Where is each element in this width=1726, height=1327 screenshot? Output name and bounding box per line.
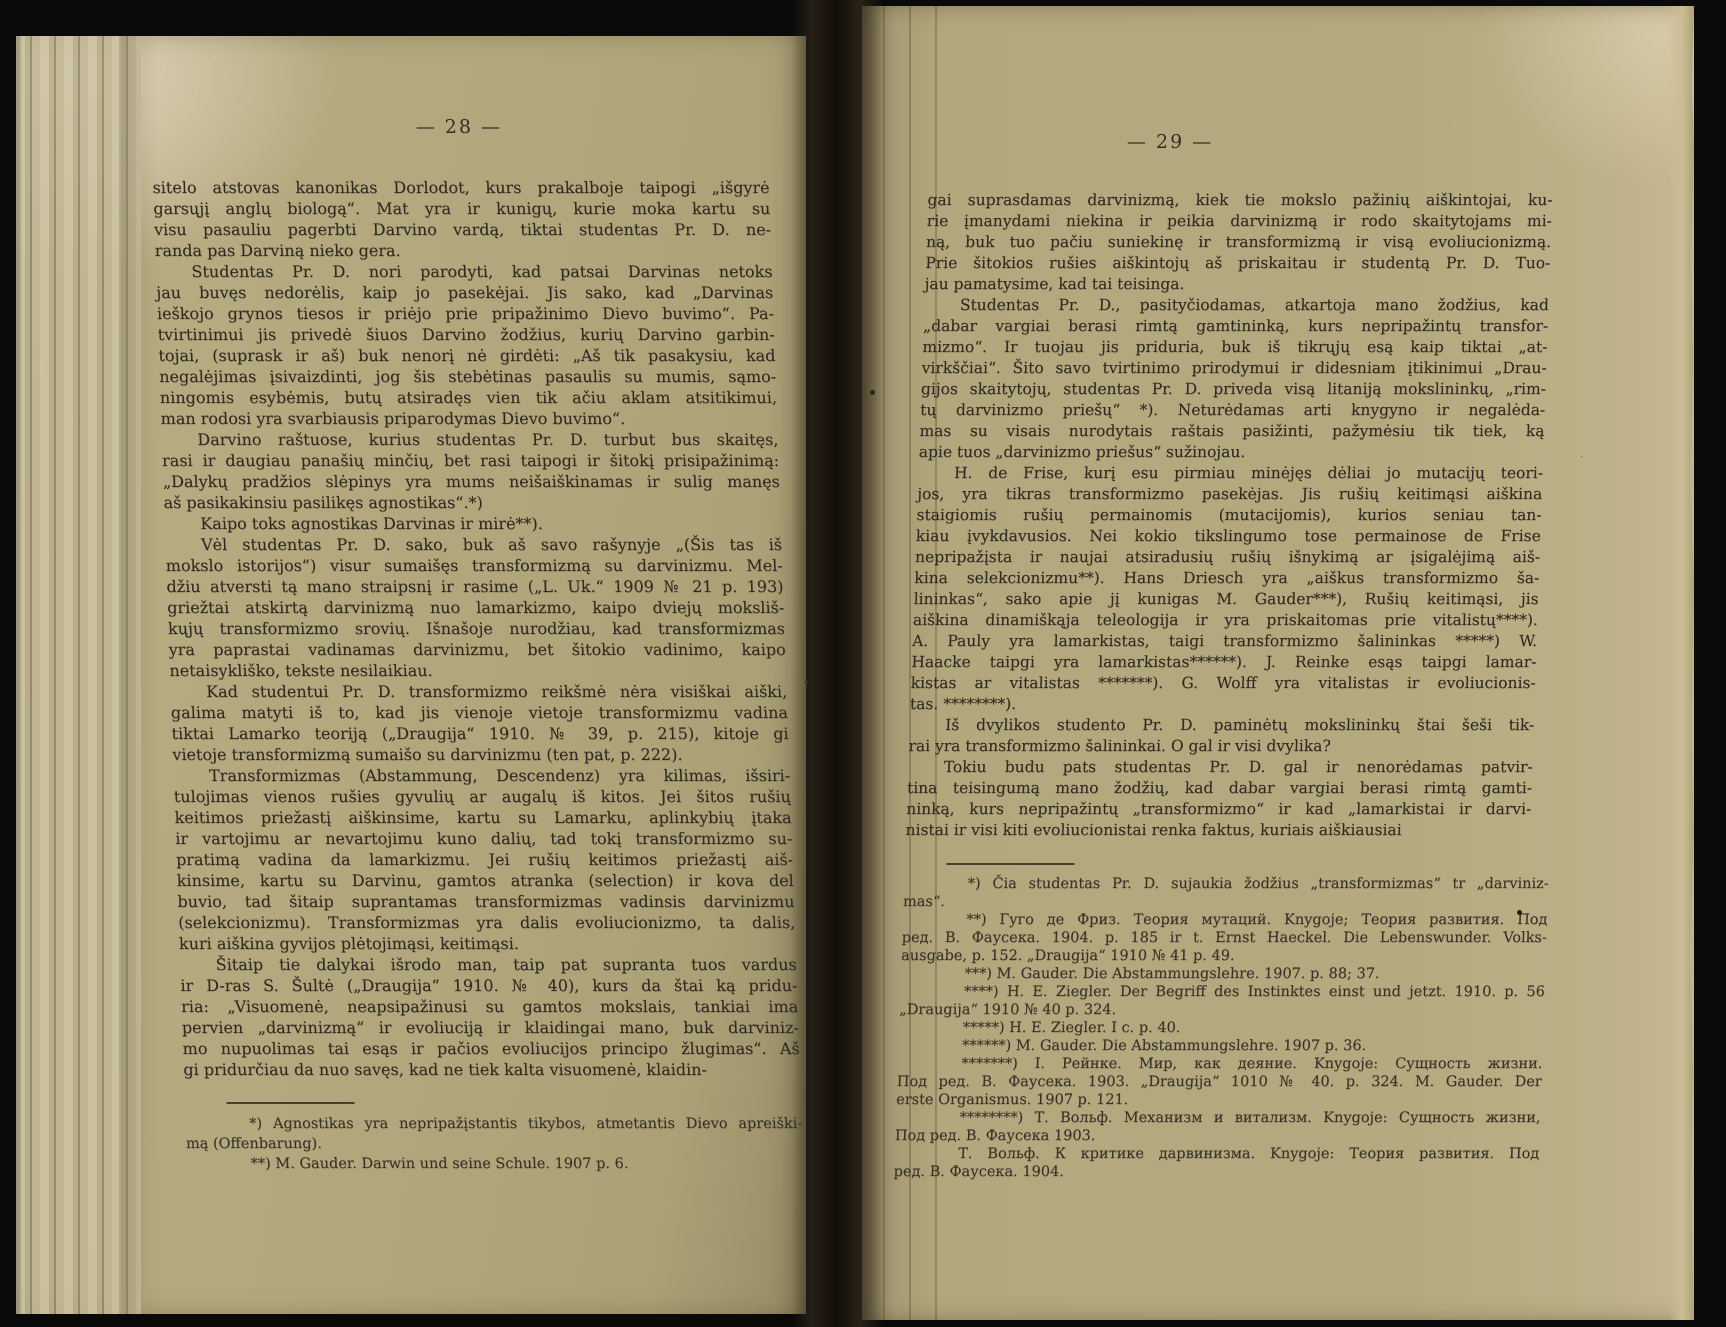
text-line: Studentas Pr. D. nori parodyti, kad pats… <box>155 261 773 282</box>
text-line: *****) H. E. Ziegler. I c. p. 40. <box>898 1019 1544 1037</box>
text-line: ред. В. Фаусека. 1904. p. 185 ir t. Erns… <box>901 929 1547 947</box>
paragraph: ********) Т. Вольф. Механизм и витализм.… <box>895 1109 1541 1145</box>
text-line: A. Pauly yra lamarkistas, taigi transfor… <box>912 631 1538 652</box>
text-line: netaisykliško, tekste nesilaikiau. <box>169 660 787 681</box>
text-line: ********) Т. Вольф. Механизм и витализм.… <box>895 1109 1541 1127</box>
paragraph: *******) I. Рейнке. Мир, как деяние. Kny… <box>896 1055 1543 1109</box>
text-line: Т. Вольф. К критике дарвинизма. Knygoje:… <box>894 1145 1540 1163</box>
text-line: ******) M. Gauder. Die Abstammungslehre.… <box>898 1037 1544 1055</box>
text-line: buvio, tad šitaip suprantamas transformi… <box>177 891 795 912</box>
text-line: *) Agnostikas yra nepripažįstantis tikyb… <box>185 1114 803 1134</box>
page-number-left: — 28 — <box>150 115 768 139</box>
text-line: staigiomis rušių permainomis (mutacijomi… <box>916 505 1542 526</box>
paragraph: H. de Frise, kurį esu pirmiau minėjęs dė… <box>910 463 1544 715</box>
text-line: mo nupuolimas tai esąs ir pačios evoliuc… <box>182 1038 800 1059</box>
text-line: Haacke taipgi yra lamarkistas******). J.… <box>911 652 1537 673</box>
paragraph: Studentas Pr. D., pasityčiodamas, atkart… <box>918 295 1549 463</box>
text-line: H. de Frise, kurį esu pirmiau minėjęs dė… <box>918 463 1544 484</box>
text-line: Vėl studentas Pr. D. sako, buk aš savo r… <box>165 534 783 555</box>
text-line: galima matyti iš to, kad jis vienoje vie… <box>170 702 788 723</box>
text-line: Tokiu budu pats studentas Pr. D. gal ir … <box>907 757 1533 778</box>
footnote-rule-left <box>226 1102 354 1104</box>
page-edge-stack <box>16 36 141 1314</box>
text-line: ieškojo grynos tiesos ir priėjo prie pri… <box>157 303 775 324</box>
paragraph: gai suprasdamas darvinizmą, kiek tie mok… <box>924 190 1553 295</box>
paragraph: **) Гуго де Фриз. Теория мутаций. Knygoj… <box>901 911 1548 965</box>
paragraph: *) Agnostikas yra nepripažįstantis tikyb… <box>185 1114 803 1154</box>
page-number-right: — 29 — <box>857 130 1483 154</box>
paragraph: Tokiu budu pats studentas Pr. D. gal ir … <box>905 757 1533 841</box>
text-line: tojai, (suprask ir aš) buk nenorį nė gir… <box>158 345 776 366</box>
text-line: džiu atversti tą mano straipsnį ir rasim… <box>166 576 784 597</box>
page-28-body: sitelo atstovas kanonikas Dorlodot, kurs… <box>152 177 801 1080</box>
paragraph: Šitaip tie dalykai išrodo man, taip pat … <box>179 954 800 1080</box>
text-line: vietoje transformizmą sumaišo su darvini… <box>172 744 790 765</box>
text-line: apie tuos „darvinizmo priešus“ sužinojau… <box>918 442 1544 463</box>
text-line: jau pamatysime, kad tai teisinga. <box>924 274 1550 295</box>
paragraph: Darvino raštuose, kurius studentas Pr. D… <box>161 429 781 513</box>
page-28-content: — 28 — sitelo atstovas kanonikas Dorlodo… <box>150 115 804 1174</box>
text-line: ną, buk tuo pačiu suniekinę ir transform… <box>926 232 1552 253</box>
text-line: gai suprasdamas darvinizmą, kiek tie mok… <box>927 190 1553 211</box>
text-line: tina teisingumą mano žodžių, kad dabar v… <box>907 778 1533 799</box>
text-line: ir vartojimu ar nevartojimu kuno dalių, … <box>175 828 793 849</box>
text-line: „Dalykų pradžios slėpinys yra mums neiša… <box>162 471 780 492</box>
text-line: visu pasauliu pagerbti Darvino vardą, ti… <box>154 219 772 240</box>
footnote-rule-right <box>946 863 1074 865</box>
paragraph: ***) M. Gauder. Die Abstammungslehre. 19… <box>900 965 1546 983</box>
text-line: Darvino raštuose, kurius studentas Pr. D… <box>161 429 779 450</box>
text-line: **) Гуго де Фриз. Теория мутаций. Knygoj… <box>902 911 1548 929</box>
text-line: ред. В. Фаусека. 1904. <box>893 1163 1539 1181</box>
page-28: — 28 — sitelo atstovas kanonikas Dorlodo… <box>16 36 806 1314</box>
paragraph: *) Čia studentas Pr. D. sujaukia žodžius… <box>903 875 1549 911</box>
text-line: garsųjį anglų biologą“. Mat yra ir kunig… <box>153 198 771 219</box>
book-scan: — 28 — sitelo atstovas kanonikas Dorlodo… <box>0 0 1726 1327</box>
text-line: yra paprastai vadinamas darvinizmu, bet … <box>168 639 786 660</box>
paragraph: Transformizmas (Abstammung, Descendenz) … <box>173 765 797 954</box>
text-line: ir D-ras S. Šultė („Draugija“ 1910. № 40… <box>180 975 798 996</box>
text-line: (selekcionizmu). Transformizmas yra dali… <box>178 912 796 933</box>
text-line: ****) H. E. Ziegler. Der Begriff des Ins… <box>900 983 1546 1001</box>
text-line: mas su visais nurodytais raštais pasižin… <box>919 421 1545 442</box>
page-29-body: gai suprasdamas darvinizmą, kiek tie mok… <box>905 190 1553 841</box>
text-line: Под ред. В. Фаусека 1903. <box>895 1127 1541 1145</box>
text-line: mas“. <box>903 893 1549 911</box>
text-line: „Draugija“ 1910 № 40 p. 324. <box>899 1001 1545 1019</box>
text-line: **) M. Gauder. Darwin und seine Schule. … <box>186 1154 804 1174</box>
ink-speck <box>870 390 875 395</box>
text-line: tiktai Lamarko teoriją („Draugija“ 1910.… <box>171 723 789 744</box>
text-line: lininkas“, sako apie jį kunigas M. Gaude… <box>913 589 1539 610</box>
text-line: kiau įvykdavusios. Nei kokio tikslingumo… <box>915 526 1541 547</box>
text-line: Šitaip tie dalykai išrodo man, taip pat … <box>179 954 797 975</box>
text-line: aiškina dinamiškąja teleologija ir yra p… <box>913 610 1539 631</box>
page-29-content: — 29 — gai suprasdamas darvinizmą, kiek … <box>893 130 1555 1181</box>
torn-page-edge <box>1668 6 1694 1320</box>
text-line: mokslo istorijos“) visur sumaišęs transf… <box>165 555 783 576</box>
text-line: Prie šitokios rušies aiškintojų aš prisk… <box>925 253 1551 274</box>
text-line: kuri aiškina gyvijos plėtojimąsi, keitim… <box>179 933 797 954</box>
text-line: rie įmanydami niekina ir peikia darviniz… <box>926 211 1552 232</box>
text-line: ***) M. Gauder. Die Abstammungslehre. 19… <box>900 965 1546 983</box>
text-line: pratimą vadina da lamarkizmu. Jei rušių … <box>176 849 794 870</box>
text-line: „dabar vargiai berasi rimtą gamtininką, … <box>923 316 1549 337</box>
paragraph: **) M. Gauder. Darwin und seine Schule. … <box>186 1154 804 1174</box>
text-line: *******) I. Рейнке. Мир, как деяние. Kny… <box>897 1055 1543 1073</box>
text-line: randa pas Darviną nieko gera. <box>154 240 772 261</box>
paragraph: Kad studentui Pr. D. transformizmo reikš… <box>170 681 790 765</box>
text-line: pervien „darvinizmą“ ir evoliuciją ir kl… <box>181 1017 799 1038</box>
book-gutter <box>792 0 884 1327</box>
text-line: man rodosi yra svarbiausis priparodymas … <box>160 408 778 429</box>
text-line: Kaipo toks agnostikas Darvinas ir mirė**… <box>164 513 782 534</box>
text-line: jau buvęs nedorėlis, kaip jo pasekėjai. … <box>156 282 774 303</box>
paragraph: ******) M. Gauder. Die Abstammungslehre.… <box>898 1037 1544 1055</box>
text-line: *) Čia studentas Pr. D. sujaukia žodžius… <box>903 875 1549 893</box>
text-line: rai yra transformizmo šalininkai. O gal … <box>908 736 1534 757</box>
text-line: tulojimas vienos rušies gyvulių ar augal… <box>173 786 791 807</box>
text-line: tų darvinizmo priešų“ *). Neturėdamas ar… <box>920 400 1546 421</box>
text-line: ausgabe, p. 152. „Draugija“ 1910 № 41 p.… <box>901 947 1547 965</box>
paragraph: Vėl studentas Pr. D. sako, buk aš savo r… <box>165 534 787 681</box>
text-line: sitelo atstovas kanonikas Dorlodot, kurs… <box>152 177 770 198</box>
text-line: Studentas Pr. D., pasityčiodamas, atkart… <box>924 295 1550 316</box>
paragraph: sitelo atstovas kanonikas Dorlodot, kurs… <box>152 177 772 261</box>
text-line: nistai ir visi kiti evoliucionistai renk… <box>905 820 1531 841</box>
text-line: kina selekcionizmu**). Hans Driesch yra … <box>914 568 1540 589</box>
text-line: ningomis esybėmis, butų atsiradęs vien t… <box>159 387 777 408</box>
paragraph: Т. Вольф. К критике дарвинизма. Knygoje:… <box>893 1145 1539 1181</box>
text-line: erste Organismus. 1907 p. 121. <box>896 1091 1542 1109</box>
text-line: ria: „Visuomenė, neapsipažinusi su gamto… <box>181 996 799 1017</box>
text-line: tas. ********). <box>910 694 1536 715</box>
paragraph: Kaipo toks agnostikas Darvinas ir mirė**… <box>164 513 782 534</box>
text-line: kinsime, kartu su Darvinu, gamtos atrank… <box>176 870 794 891</box>
text-line: aš pasikakinsiu pasilikęs agnostikas“.*) <box>163 492 781 513</box>
text-line: Transformizmas (Abstammung, Descendenz) … <box>173 765 791 786</box>
paragraph: Iš dvylikos studento Pr. D. paminėtų mok… <box>908 715 1534 757</box>
text-line: keitimos priežastį aiškinsime, kartu su … <box>174 807 792 828</box>
text-line: kistas ar vitalistas *******). G. Wolff … <box>910 673 1536 694</box>
text-line: nepripažįsta ir naujai atsiradusių rušių… <box>915 547 1541 568</box>
text-line: mizmo“. Ir tuojau jis priduria, buk iš t… <box>922 337 1548 358</box>
paragraph: *****) H. E. Ziegler. I c. p. 40. <box>898 1019 1544 1037</box>
text-line: mą (Offenbarung). <box>186 1134 804 1154</box>
text-line: Kad studentui Pr. D. transformizmo reikš… <box>170 681 788 702</box>
text-line: virkščiai“. Šito savo tvirtinimo prirody… <box>921 358 1547 379</box>
text-line: negalėjimas įsivaizdinti, jog šis stebėt… <box>159 366 777 387</box>
page-29-footnotes: *) Čia studentas Pr. D. sujaukia žodžius… <box>893 875 1549 1181</box>
text-line: ninką, kurs nepripažintų „transformizmo“… <box>906 799 1532 820</box>
text-line: kųjų transformizmo srovių. Išnašoje nuro… <box>168 618 786 639</box>
text-line: rasi ir daugiau panašių minčių, bet rasi… <box>162 450 780 471</box>
page-29: — 29 — gai suprasdamas darvinizmą, kiek … <box>862 6 1694 1320</box>
text-line: gi pridurčiau da nuo savęs, kad ne tiek … <box>183 1059 801 1080</box>
text-line: tvirtinimui jis privedė šiuos Darvino žo… <box>157 324 775 345</box>
text-line: gijos skaitytojų, studentas Pr. D. prive… <box>921 379 1547 400</box>
text-line: Iš dvylikos studento Pr. D. paminėtų mok… <box>909 715 1535 736</box>
text-line: jos, yra tikras transformizmo pasekėjas.… <box>917 484 1543 505</box>
page-28-footnotes: *) Agnostikas yra nepripažįstantis tikyb… <box>185 1114 804 1174</box>
paragraph: Studentas Pr. D. nori parodyti, kad pats… <box>155 261 778 429</box>
paragraph: ****) H. E. Ziegler. Der Begriff des Ins… <box>899 983 1545 1019</box>
text-line: griežtai atskirtą darvinizmą nuo lamarki… <box>167 597 785 618</box>
text-line: Под ред. В. Фаусека. 1903. „Draugija“ 10… <box>896 1073 1542 1091</box>
